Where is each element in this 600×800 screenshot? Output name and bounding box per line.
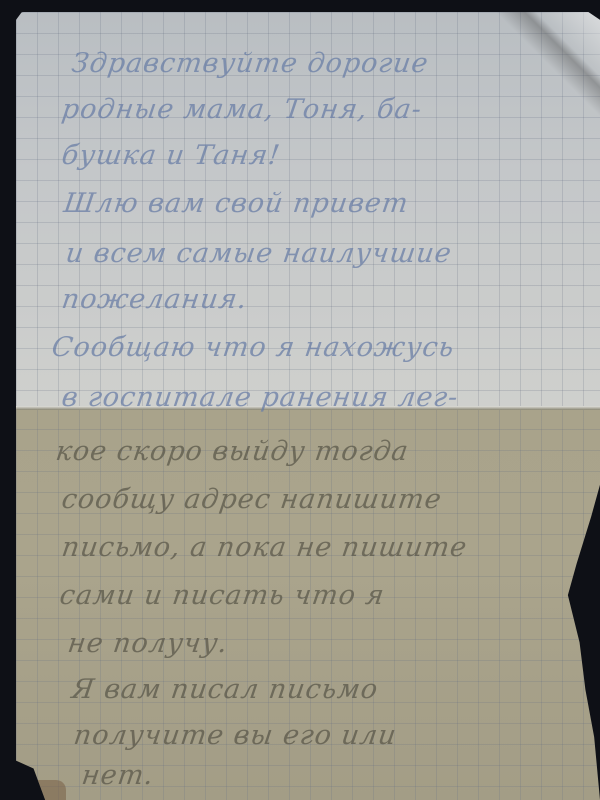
corner-crease (460, 12, 600, 162)
letter-line: в госпитале ранения лег- (60, 382, 461, 413)
corner-stain (26, 780, 66, 800)
letter-line: Сообщаю что я нахожусь (50, 332, 457, 363)
letter-line: сообщу адрес напишите (60, 484, 444, 515)
letter-line: не получу. (66, 628, 230, 659)
letter-line: нет. (80, 760, 156, 791)
letter-sheet: Здравствуйте дорогие родные мама, Тоня, … (16, 12, 600, 800)
letter-line: получите вы его или (72, 720, 399, 751)
photo-background: Здравствуйте дорогие родные мама, Тоня, … (0, 0, 600, 800)
letter-line: Я вам писал письмо (70, 674, 381, 705)
letter-line: письмо, а пока не пишите (60, 532, 470, 563)
letter-line: и всем самые наилучшие (64, 238, 454, 269)
letter-line: Шлю вам свой привет (62, 188, 411, 219)
letter-line: пожелания. (60, 284, 250, 315)
letter-line: родные мама, Тоня, ба- (60, 94, 424, 125)
letter-line: бушка и Таня! (60, 140, 282, 171)
letter-line: кое скоро выйду тогда (54, 436, 411, 467)
letter-line: сами и писать что я (58, 580, 387, 611)
letter-line: Здравствуйте дорогие (70, 48, 431, 79)
